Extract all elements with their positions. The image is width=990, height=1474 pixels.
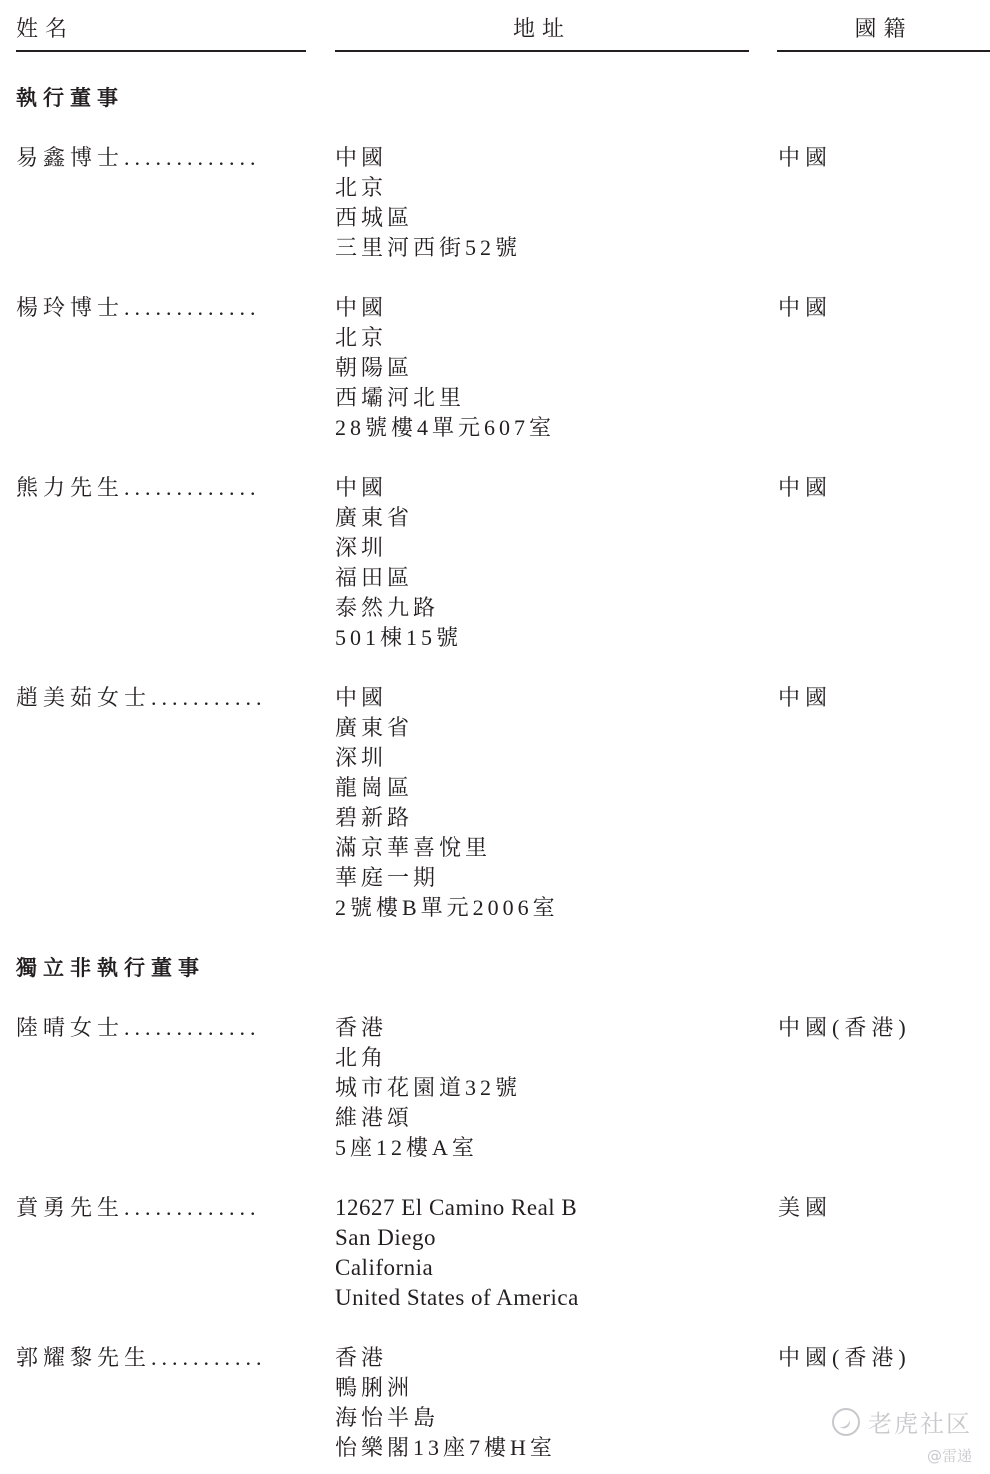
address-line: 西壩河北里	[335, 383, 755, 413]
director-name: 楊玲博士.............	[16, 293, 308, 323]
column-header-address: 地址	[335, 14, 749, 52]
director-address: 12627 El Camino Real B San Diego Califor…	[335, 1193, 755, 1313]
address-line: San Diego	[335, 1223, 755, 1253]
director-name: 陸晴女士.............	[16, 1013, 308, 1043]
address-line: 28號樓4單元607室	[335, 413, 755, 443]
address-line: 朝陽區	[335, 353, 755, 383]
address-line: 2號樓B單元2006室	[335, 893, 755, 923]
address-line: 深圳	[335, 533, 755, 563]
address-line: 維港頌	[335, 1103, 755, 1133]
address-line: 香港	[335, 1343, 755, 1373]
section-title-independent-directors: 獨立非執行董事	[16, 953, 205, 983]
address-line: 北京	[335, 173, 755, 203]
address-line: 泰然九路	[335, 593, 755, 623]
address-line: 中國	[335, 143, 755, 173]
director-address: 中國 廣東省 深圳 龍崗區 碧新路 滿京華喜悅里 華庭一期 2號樓B單元2006…	[335, 683, 755, 923]
address-line: 廣東省	[335, 503, 755, 533]
address-line: 龍崗區	[335, 773, 755, 803]
address-line: 怡樂閣13座7樓H室	[335, 1433, 755, 1463]
director-name: 趙美茹女士...........	[16, 683, 308, 713]
address-line: 北角	[335, 1043, 755, 1073]
address-line: 碧新路	[335, 803, 755, 833]
address-line: 西城區	[335, 203, 755, 233]
address-line: 中國	[335, 293, 755, 323]
section-title-executive-directors: 執行董事	[16, 83, 124, 113]
director-nationality: 中國	[778, 473, 832, 503]
column-header-name: 姓名	[16, 14, 306, 52]
watermark: 老虎社区 @雷递	[832, 1404, 972, 1466]
watermark-brand: 老虎社区	[868, 1404, 972, 1439]
director-address: 香港 北角 城市花園道32號 維港頌 5座12樓A室	[335, 1013, 755, 1163]
address-line: 華庭一期	[335, 863, 755, 893]
address-line: 香港	[335, 1013, 755, 1043]
watermark-author: @雷递	[832, 1445, 972, 1466]
director-nationality: 中國	[778, 143, 832, 173]
address-line: 鴨脷洲	[335, 1373, 755, 1403]
column-header-nationality: 國籍	[777, 14, 990, 52]
tiger-logo-icon	[832, 1408, 860, 1436]
director-address: 中國 廣東省 深圳 福田區 泰然九路 501棟15號	[335, 473, 755, 653]
address-line: 501棟15號	[335, 623, 755, 653]
address-line: 中國	[335, 683, 755, 713]
address-line: 12627 El Camino Real B	[335, 1193, 755, 1223]
director-name: 郭耀黎先生...........	[16, 1343, 308, 1373]
address-line: 北京	[335, 323, 755, 353]
director-name: 熊力先生.............	[16, 473, 308, 503]
director-address: 中國 北京 朝陽區 西壩河北里 28號樓4單元607室	[335, 293, 755, 443]
director-nationality: 中國	[778, 293, 832, 323]
director-address: 中國 北京 西城區 三里河西街52號	[335, 143, 755, 263]
director-name: 賁勇先生.............	[16, 1193, 308, 1223]
director-address: 香港 鴨脷洲 海怡半島 怡樂閣13座7樓H室	[335, 1343, 755, 1463]
director-nationality: 中國(香港)	[778, 1343, 911, 1373]
director-nationality: 中國	[778, 683, 832, 713]
address-line: 滿京華喜悅里	[335, 833, 755, 863]
address-line: 三里河西街52號	[335, 233, 755, 263]
director-nationality: 中國(香港)	[778, 1013, 911, 1043]
director-name: 易鑫博士.............	[16, 143, 308, 173]
address-line: California	[335, 1253, 755, 1283]
address-line: 城市花園道32號	[335, 1073, 755, 1103]
address-line: 深圳	[335, 743, 755, 773]
address-line: 中國	[335, 473, 755, 503]
address-line: 5座12樓A室	[335, 1133, 755, 1163]
director-nationality: 美國	[778, 1193, 832, 1223]
address-line: 廣東省	[335, 713, 755, 743]
address-line: 福田區	[335, 563, 755, 593]
address-line: 海怡半島	[335, 1403, 755, 1433]
address-line: United States of America	[335, 1283, 755, 1313]
